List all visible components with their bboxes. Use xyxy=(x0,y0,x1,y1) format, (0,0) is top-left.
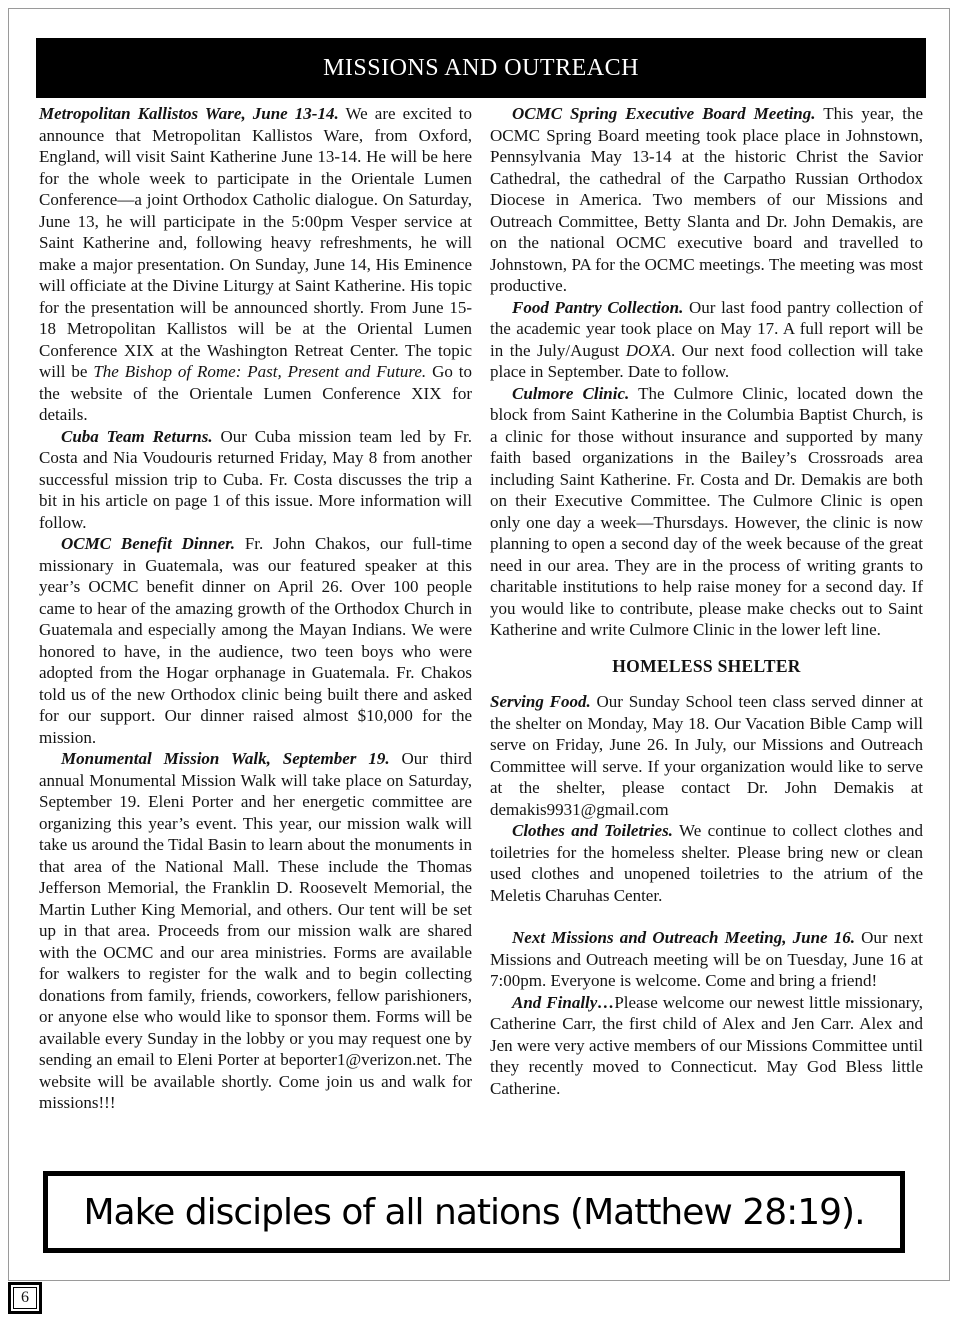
paragraph-lead: Clothes and Toiletries. xyxy=(512,821,673,840)
paragraph-lead: And Finally… xyxy=(512,993,614,1012)
newsletter-page: MISSIONS AND OUTREACH Metropolitan Kalli… xyxy=(0,0,960,1317)
column-right: OCMC Spring Executive Board Meeting. Thi… xyxy=(490,103,923,1114)
paragraph: Serving Food. Our Sunday School teen cla… xyxy=(490,691,923,820)
paragraph: Culmore Clinic. The Culmore Clinic, loca… xyxy=(490,383,923,641)
page-number: 6 xyxy=(13,1287,37,1309)
text-run: Fr. John Chakos, our full-time missionar… xyxy=(39,534,472,747)
text-run: The Culmore Clinic, located down the blo… xyxy=(490,384,923,640)
text-run: Our third annual Monumental Mission Walk… xyxy=(39,749,472,1112)
paragraph-lead: OCMC Benefit Dinner. xyxy=(61,534,235,553)
text-run: We are excited to announce that Metropol… xyxy=(39,104,472,381)
paragraph: Metropolitan Kallistos Ware, June 13-14.… xyxy=(39,103,472,426)
section-heading: HOMELESS SHELTER xyxy=(490,656,923,678)
paragraph-lead: Serving Food. xyxy=(490,692,591,711)
paragraph: OCMC Benefit Dinner. Fr. John Chakos, ou… xyxy=(39,533,472,748)
paragraph: Food Pantry Collection. Our last food pa… xyxy=(490,297,923,383)
paragraph-lead: Monumental Mission Walk, September 19. xyxy=(61,749,390,768)
text-run: This year, the OCMC Spring Board meeting… xyxy=(490,104,923,295)
two-column-body: Metropolitan Kallistos Ware, June 13-14.… xyxy=(39,103,923,1114)
paragraph-lead: Metropolitan Kallistos Ware, June 13-14. xyxy=(39,104,339,123)
page-number-box: 6 xyxy=(8,1282,42,1314)
section-banner: MISSIONS AND OUTREACH xyxy=(36,38,926,98)
scripture-quote-box: Make disciples of all nations (Matthew 2… xyxy=(43,1171,905,1253)
text-run: DOXA xyxy=(626,341,671,360)
text-run: The Bishop of Rome: Past, Present and Fu… xyxy=(93,362,426,381)
paragraph-lead: OCMC Spring Executive Board Meeting. xyxy=(512,104,816,123)
paragraph: Clothes and Toiletries. We continue to c… xyxy=(490,820,923,906)
paragraph-lead: Culmore Clinic. xyxy=(512,384,629,403)
paragraph-spacer xyxy=(490,906,923,927)
paragraph-lead: Cuba Team Returns. xyxy=(61,427,213,446)
content-frame: MISSIONS AND OUTREACH Metropolitan Kalli… xyxy=(8,8,950,1281)
paragraph: Monumental Mission Walk, September 19. O… xyxy=(39,748,472,1114)
paragraph: OCMC Spring Executive Board Meeting. Thi… xyxy=(490,103,923,297)
paragraph: Next Missions and Outreach Meeting, June… xyxy=(490,927,923,992)
scripture-quote: Make disciples of all nations (Matthew 2… xyxy=(83,1192,864,1233)
paragraph: Cuba Team Returns. Our Cuba mission team… xyxy=(39,426,472,534)
paragraph-lead: Food Pantry Collection. xyxy=(512,298,683,317)
column-left: Metropolitan Kallistos Ware, June 13-14.… xyxy=(39,103,472,1114)
page-title: MISSIONS AND OUTREACH xyxy=(323,55,639,82)
paragraph-lead: Next Missions and Outreach Meeting, June… xyxy=(512,928,855,947)
paragraph: And Finally…Please welcome our newest li… xyxy=(490,992,923,1100)
